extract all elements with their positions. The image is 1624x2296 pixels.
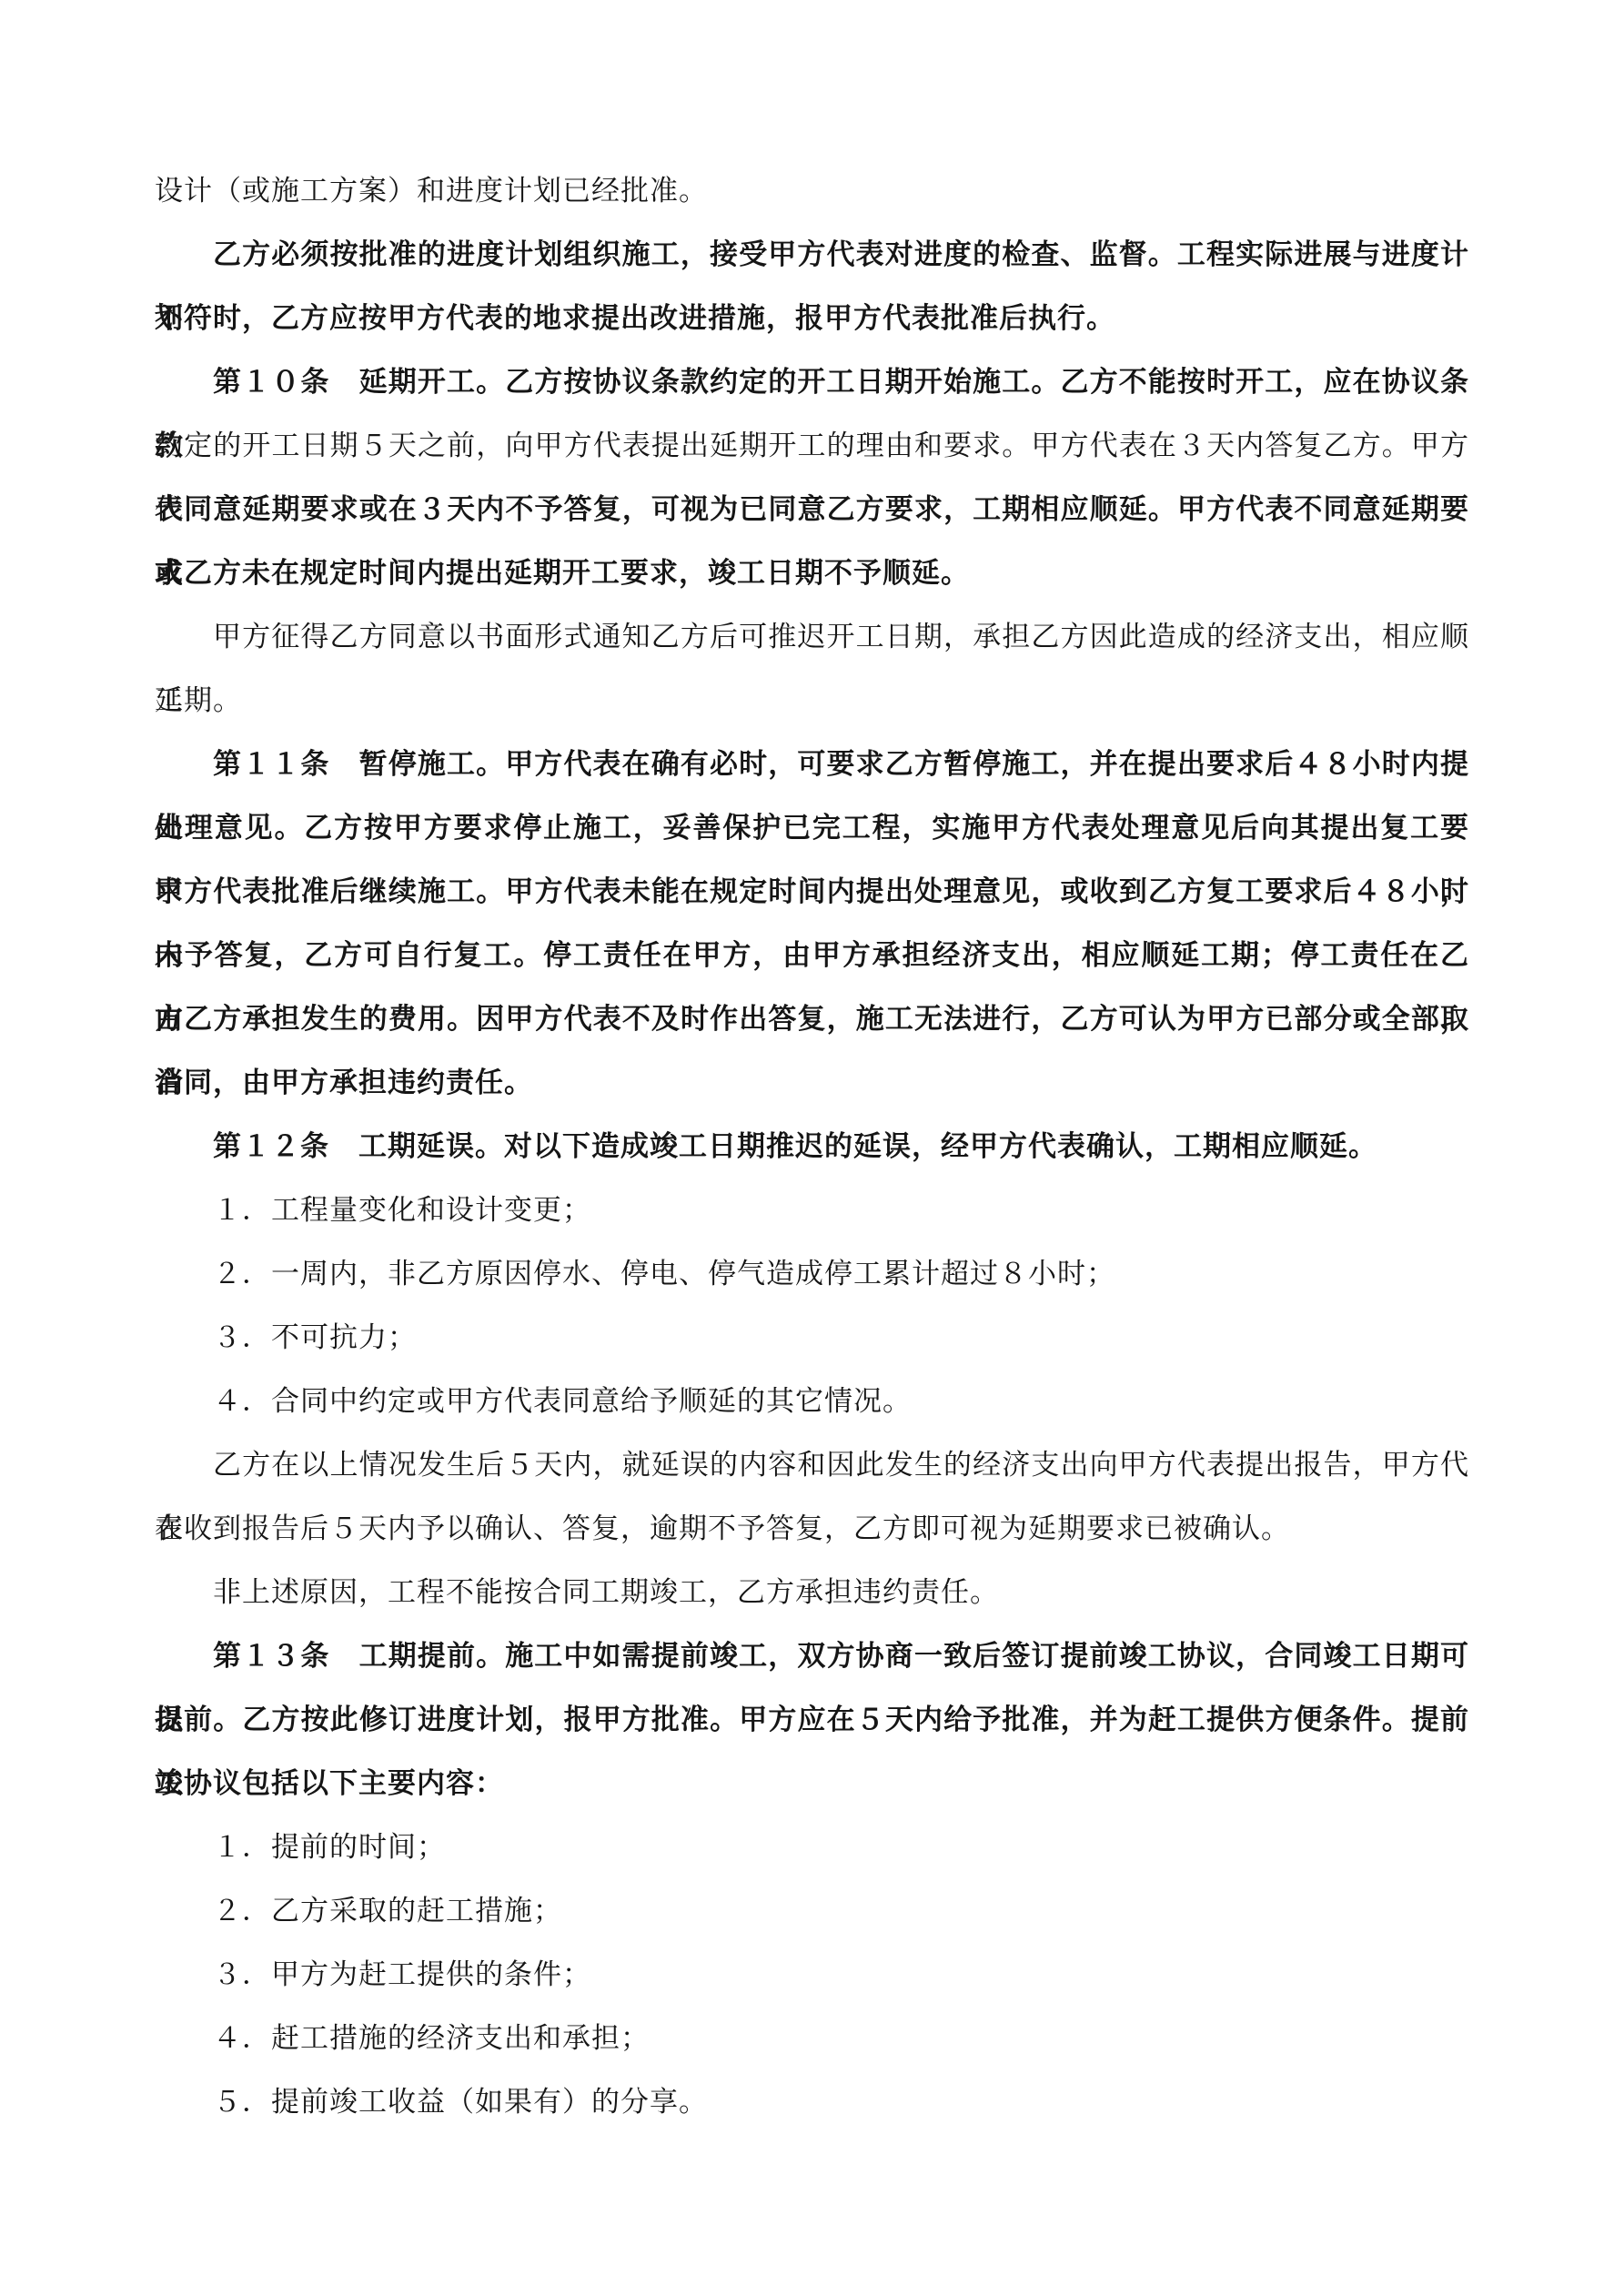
- article-10-heading-line: 第１０条 延期开工。乙方按协议条款约定的开工日期开始施工。乙方不能按时开工，应在…: [155, 350, 1469, 414]
- list-item: ２．一周内，非乙方原因停水、停电、停气造成停工累计超过８小时；: [155, 1242, 1469, 1306]
- list-item: ４．合同中约定或甲方代表同意给予顺延的其它情况。: [155, 1370, 1469, 1433]
- document-line: 甲方征得乙方同意以书面形式通知乙方后可推迟开工日期，承担乙方因此造成的经济支出，…: [155, 605, 1469, 669]
- list-item: １．工程量变化和设计变更；: [155, 1178, 1469, 1242]
- list-item: １．提前的时间；: [155, 1816, 1469, 1879]
- article-12-heading-line: 第１２条 工期延误。对以下造成竣工日期推迟的延误，经甲方代表确认，工期相应顺延。: [155, 1115, 1469, 1178]
- document-line: 非上述原因，工程不能按合同工期竣工，乙方承担违约责任。: [155, 1561, 1469, 1624]
- list-item: ２．乙方采取的赶工措施；: [155, 1879, 1469, 1943]
- document-line: 设计（或施工方案）和进度计划已经批准。: [155, 159, 1469, 223]
- document-line: 在收到报告后５天内予以确认、答复，逾期不予答复，乙方即可视为延期要求已被确认。: [155, 1497, 1469, 1561]
- document-line: 不符时，乙方应按甲方代表的地求提出改进措施，报甲方代表批准后执行。: [155, 287, 1469, 350]
- article-13-heading-line: 第１３条 工期提前。施工中如需提前竣工，双方协商一致后签订提前竣工协议，合同竣工…: [155, 1624, 1469, 1688]
- document-line: 或乙方未在规定时间内提出延期开工要求，竣工日期不予顺延。: [155, 541, 1469, 605]
- document-text-block: 设计（或施工方案）和进度计划已经批准。 乙方必须按批准的进度计划组织施工，接受甲…: [155, 159, 1469, 2134]
- document-line: 表同意延期要求或在３天内不予答复，可视为已同意乙方要求，工期相应顺延。甲方代表不…: [155, 478, 1469, 541]
- document-line: 提前。乙方按此修订进度计划，报甲方批准。甲方应在５天内给予批准，并为赶工提供方便…: [155, 1688, 1469, 1752]
- contract-page: 设计（或施工方案）和进度计划已经批准。 乙方必须按批准的进度计划组织施工，接受甲…: [0, 0, 1624, 2296]
- document-line: 乙方在以上情况发生后５天内，就延误的内容和因此发生的经济支出向甲方代表提出报告，…: [155, 1433, 1469, 1497]
- document-line: 未予答复，乙方可自行复工。停工责任在甲方，由甲方承担经济支出，相应顺延工期；停工…: [155, 924, 1469, 987]
- document-line: 处理意见。乙方按甲方要求停止施工，妥善保护已完工程，实施甲方代表处理意见后向其提…: [155, 796, 1469, 860]
- document-line: 甲方代表批准后继续施工。甲方代表未能在规定时间内提出处理意见，或收到乙方复工要求…: [155, 860, 1469, 924]
- document-line: 工协议包括以下主要内容：: [155, 1752, 1469, 1816]
- article-11-heading-line: 第１１条 暂停施工。甲方代表在确有必时，可要求乙方暂停施工，并在提出要求后４８小…: [155, 733, 1469, 796]
- document-line: 工期。: [155, 669, 1469, 733]
- list-item: ４．赶工措施的经济支出和承担；: [155, 2007, 1469, 2070]
- list-item: ５．提前竣工收益（如果有）的分享。: [155, 2070, 1469, 2134]
- list-item: ３．不可抗力；: [155, 1306, 1469, 1370]
- document-line: 约定的开工日期５天之前，向甲方代表提出延期开工的理由和要求。甲方代表在３天内答复…: [155, 414, 1469, 478]
- list-item: ３．甲方为赶工提供的条件；: [155, 1943, 1469, 2007]
- document-line: 由乙方承担发生的费用。因甲方代表不及时作出答复，施工无法进行，乙方可认为甲方已部…: [155, 987, 1469, 1051]
- document-line: 合同，由甲方承担违约责任。: [155, 1051, 1469, 1115]
- document-line: 乙方必须按批准的进度计划组织施工，接受甲方代表对进度的检查、监督。工程实际进展与…: [155, 223, 1469, 287]
